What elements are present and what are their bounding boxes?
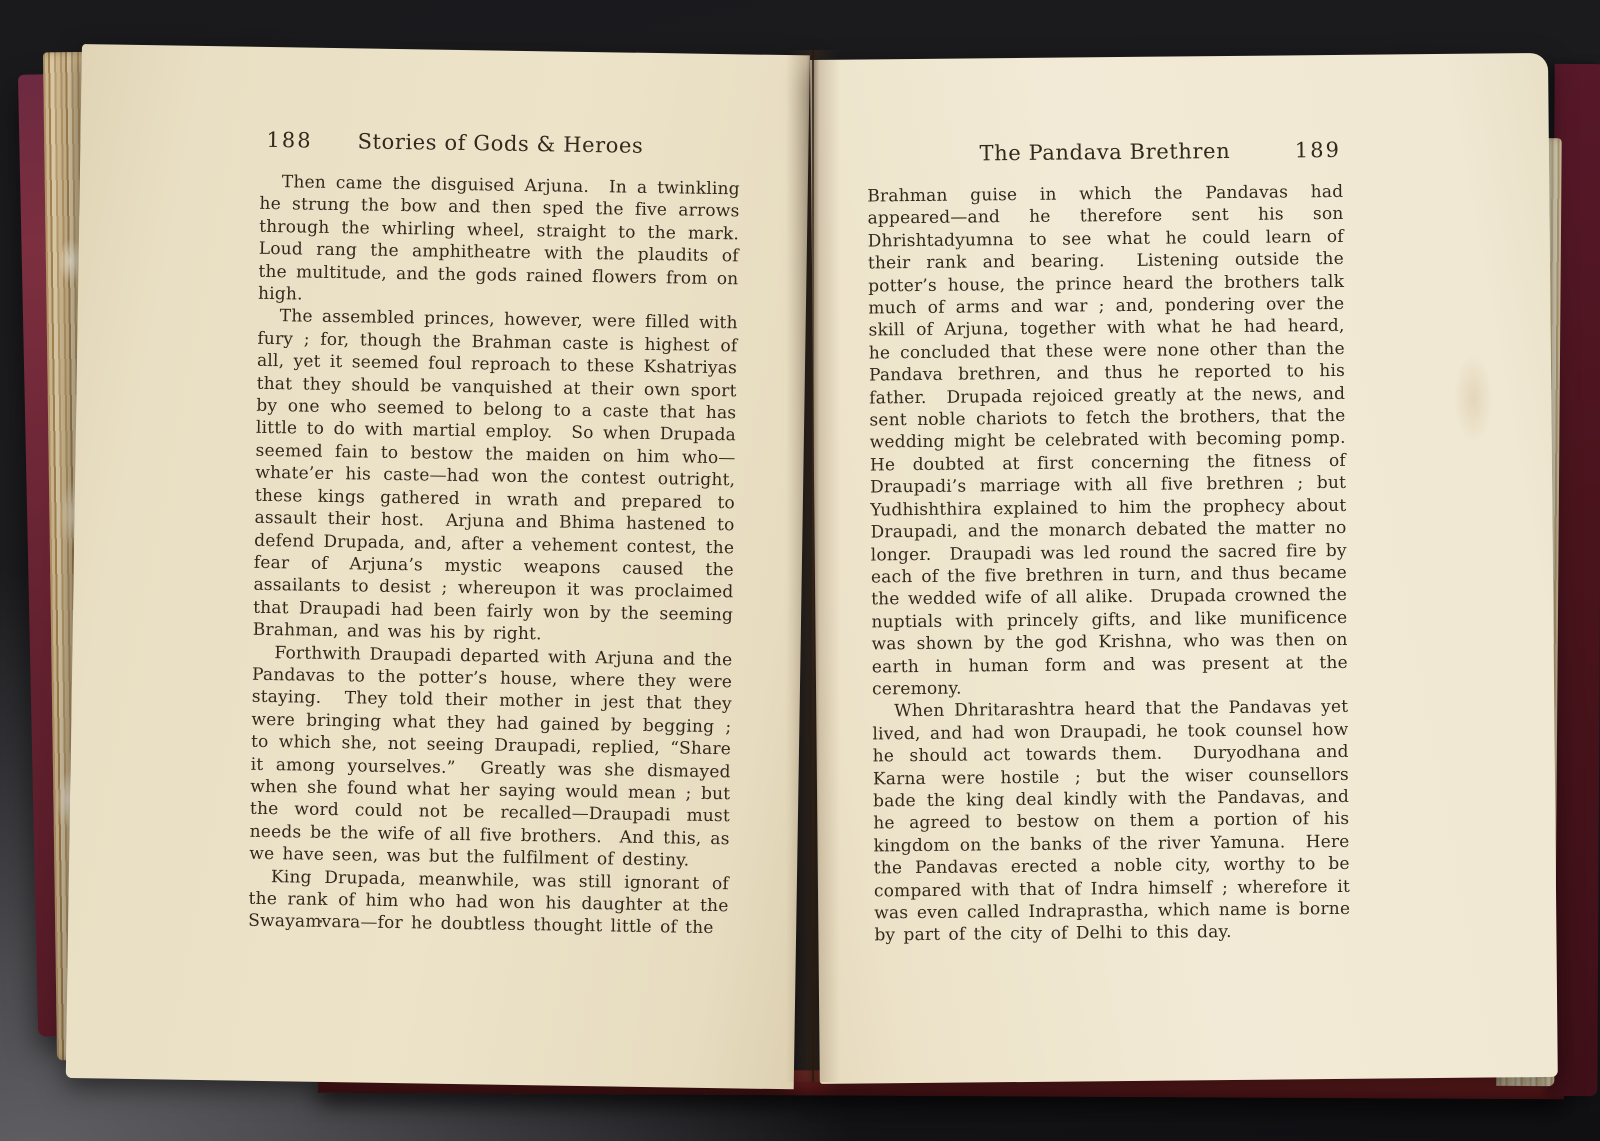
running-title-right: The Pandava Brethren <box>867 135 1343 170</box>
paragraph: Then came the disguised Arjuna. In a twi… <box>258 171 740 313</box>
gutter-crease-line <box>812 50 814 1082</box>
right-page: 189 The Pandava Brethren Brahman guise i… <box>810 53 1558 1084</box>
book-gutter-shadow <box>786 50 840 1082</box>
paragraph: When Dhritarashtra heard that the Pandav… <box>872 696 1350 947</box>
right-page-content: 189 The Pandava Brethren Brahman guise i… <box>867 135 1351 947</box>
left-page-header: 188 Stories of Gods & Heroes <box>260 125 741 179</box>
foxing-stain <box>1453 353 1494 443</box>
page-number-left: 188 <box>266 125 313 156</box>
left-page-content: 188 Stories of Gods & Heroes Then came t… <box>248 125 741 940</box>
right-page-text: Brahman guise in which the Pandavas had … <box>867 181 1350 947</box>
paragraph: King Drupada, meanwhile, was still ignor… <box>248 865 729 940</box>
paragraph: Forthwith Draupadi departed with Arjuna … <box>249 641 732 873</box>
paragraph: Brahman guise in which the Pandavas had … <box>867 181 1348 701</box>
paragraph: The assembled princes, however, were fil… <box>253 305 738 649</box>
right-page-header: 189 The Pandava Brethren <box>867 135 1343 186</box>
left-page-text: Then came the disguised Arjuna. In a twi… <box>248 171 740 940</box>
running-title-left: Stories of Gods & Heroes <box>260 125 740 163</box>
left-page: 188 Stories of Gods & Heroes Then came t… <box>66 44 810 1089</box>
page-number-right: 189 <box>1295 135 1341 165</box>
photo-background: 188 Stories of Gods & Heroes Then came t… <box>0 0 1600 1141</box>
ink-speck <box>318 920 322 923</box>
